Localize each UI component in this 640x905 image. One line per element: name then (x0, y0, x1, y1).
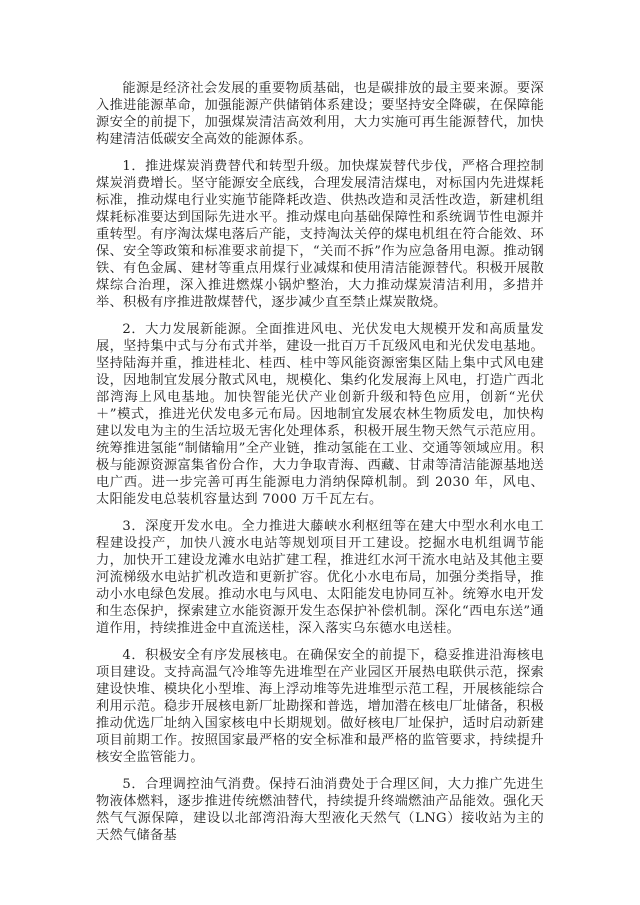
section-3-hydropower-paragraph: 3．深度开发水电。全力推进大藤峡水利枢纽等在建大中型水利水电工程建设投产，加快八… (96, 518, 544, 637)
section-4-nuclear-paragraph: 4．积极安全有序发展核电。在确保安全的前提下，稳妥推进沿海核电项目建设。支持高温… (96, 647, 544, 766)
intro-paragraph: 能源是经济社会发展的重要物质基础，也是碳排放的最主要来源。要深入推进能源革命，加… (96, 80, 544, 148)
section-2-new-energy-paragraph: 2．大力发展新能源。全面推进风电、光伏发电大规模开发和高质量发展，坚持集中式与分… (96, 321, 544, 508)
section-1-coal-paragraph: 1．推进煤炭消费替代和转型升级。加快煤炭替代步伐，严格合理控制煤炭消费增长。坚守… (96, 158, 544, 311)
section-5-oil-gas-paragraph: 5．合理调控油气消费。保持石油消费处于合理区间，大力推广先进生物液体燃料，逐步推… (96, 776, 544, 844)
document-page: 能源是经济社会发展的重要物质基础，也是碳排放的最主要来源。要深入推进能源革命，加… (96, 80, 544, 854)
